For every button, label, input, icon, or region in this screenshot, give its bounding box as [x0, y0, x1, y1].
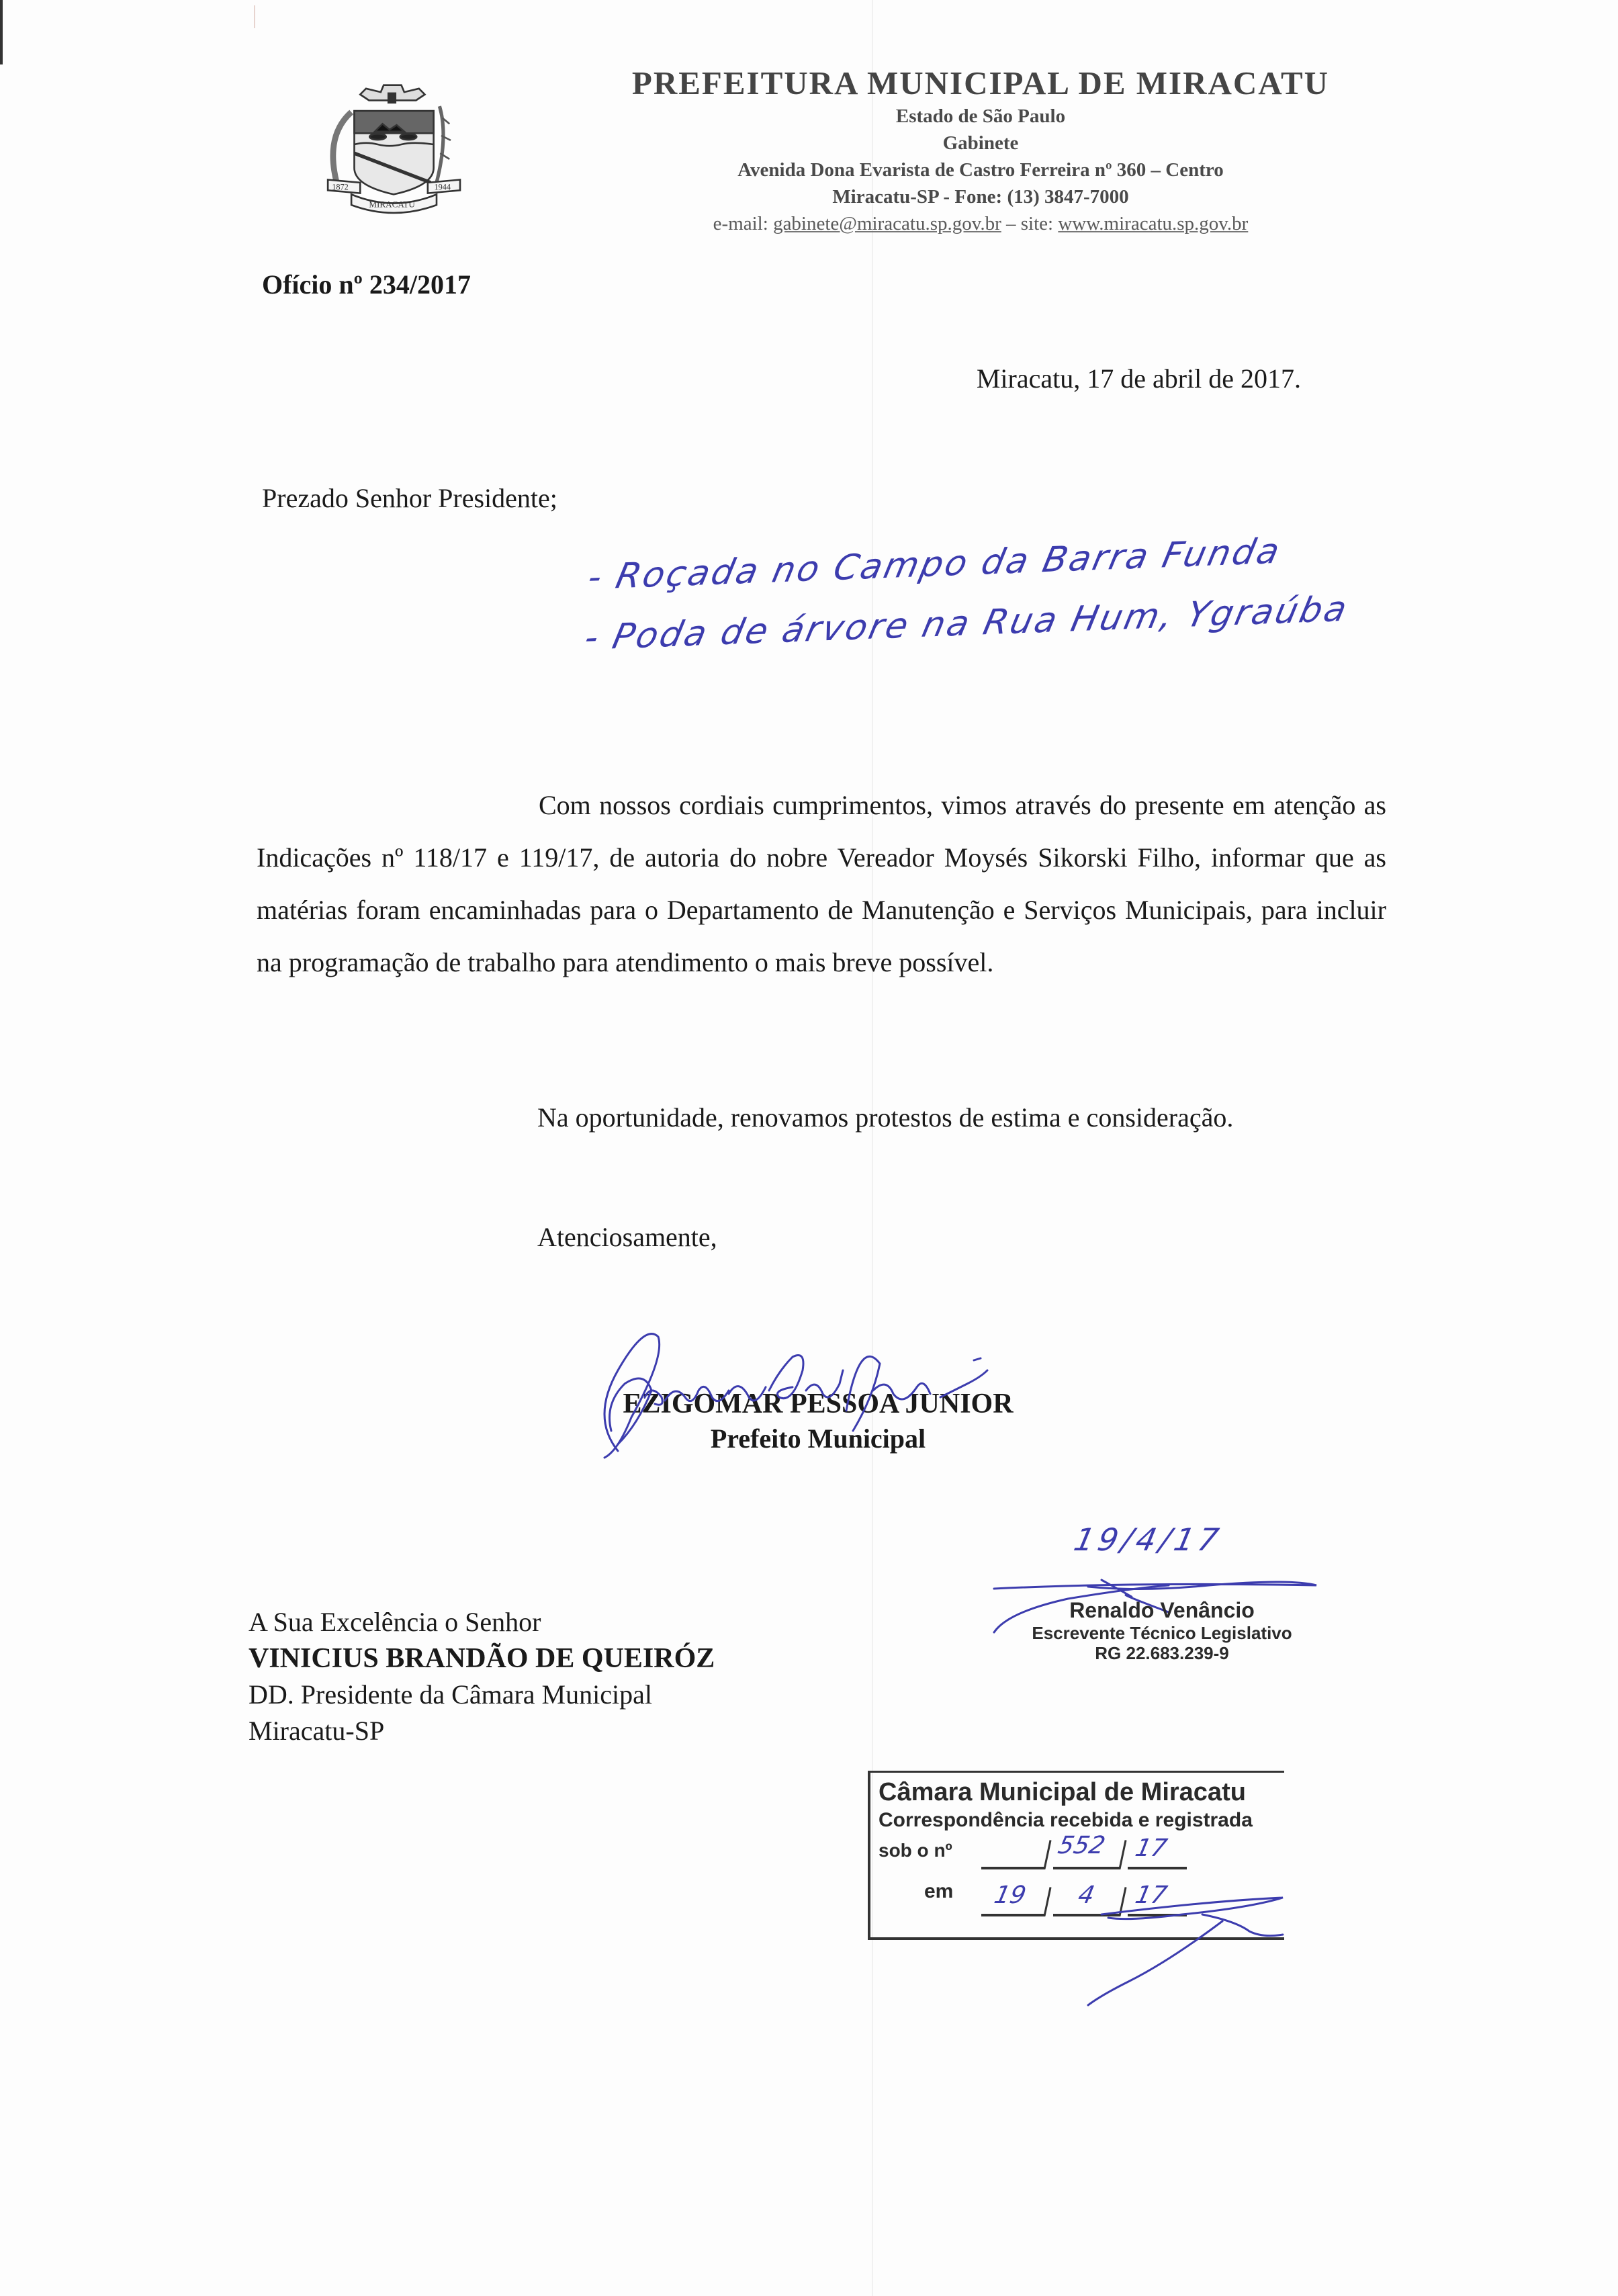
handwritten-note: - Roçada no Campo da Barra Funda — [584, 531, 1285, 598]
letterhead-address: Avenida Dona Evarista de Castro Ferreira… — [510, 157, 1451, 183]
registry-date-label: em — [924, 1880, 953, 1903]
clerk-name: Renaldo Venâncio — [987, 1597, 1337, 1623]
handwritten-note: - Poda de árvore na Rua Hum, Ygraúba — [581, 589, 1352, 658]
site-label: – site: — [1006, 213, 1053, 234]
svg-text:MIRACATU: MIRACATU — [369, 200, 415, 210]
addressee-name: VINICIUS BRANDÃO DE QUEIRÓZ — [249, 1640, 715, 1677]
date-line: Miracatu, 17 de abril de 2017. — [977, 363, 1301, 394]
registry-stamp-subtitle: Correspondência recebida e registrada — [879, 1809, 1253, 1832]
registry-number-year: 17 — [1133, 1835, 1170, 1862]
registry-initials — [1048, 1894, 1330, 2029]
registry-number-value: 552 — [1056, 1832, 1108, 1859]
handwritten-signature — [578, 1296, 1034, 1464]
clerk-stamp: Renaldo Venâncio Escrevente Técnico Legi… — [987, 1597, 1337, 1663]
fold-line — [872, 0, 873, 2296]
letterhead-title: PREFEITURA MUNICIPAL DE MIRACATU — [510, 64, 1451, 103]
closing-line: Na oportunidade, renovamos protestos de … — [537, 1102, 1233, 1133]
addressee-block: A Sua Excelência o Senhor VINICIUS BRAND… — [249, 1604, 715, 1749]
registry-stamp-title: Câmara Municipal de Miracatu — [879, 1778, 1246, 1807]
addressee-position: DD. Presidente da Câmara Municipal — [249, 1677, 715, 1713]
letterhead-state: Estado de São Paulo — [510, 103, 1451, 130]
coat-of-arms-icon: 1872 1944 MIRACATU — [296, 67, 484, 222]
registry-number-label: sob o nº — [879, 1840, 952, 1861]
received-date-handwritten: 19/4/17 — [1071, 1521, 1226, 1558]
document-reference: Ofício nº 234/2017 — [262, 269, 471, 300]
scan-mark — [254, 5, 255, 28]
registry-date-day: 19 — [992, 1882, 1029, 1909]
letterhead-city-phone: Miracatu-SP - Fone: (13) 3847-7000 — [510, 183, 1451, 210]
letter-body-text: Com nossos cordiais cumprimentos, vimos … — [257, 790, 1386, 977]
site-link[interactable]: www.miracatu.sp.gov.br — [1058, 213, 1248, 234]
clerk-rg: RG 22.683.239-9 — [987, 1643, 1337, 1663]
email-link[interactable]: gabinete@miracatu.sp.gov.br — [773, 213, 1001, 234]
clerk-role: Escrevente Técnico Legislativo — [987, 1623, 1337, 1643]
letter-body: Com nossos cordiais cumprimentos, vimos … — [257, 779, 1386, 989]
registry-stamp-border — [0, 0, 3, 64]
addressee-city: Miracatu-SP — [249, 1713, 715, 1749]
regards: Atenciosamente, — [537, 1221, 717, 1253]
addressee-salutation: A Sua Excelência o Senhor — [249, 1604, 715, 1640]
letterhead: PREFEITURA MUNICIPAL DE MIRACATU Estado … — [510, 64, 1451, 237]
greeting: Prezado Senhor Presidente; — [262, 482, 557, 514]
svg-text:1944: 1944 — [435, 182, 451, 191]
email-label: e-mail: — [713, 213, 768, 234]
letterhead-department: Gabinete — [510, 130, 1451, 157]
svg-text:1872: 1872 — [332, 182, 349, 191]
letterhead-contact: e-mail: gabinete@miracatu.sp.gov.br – si… — [510, 210, 1451, 237]
